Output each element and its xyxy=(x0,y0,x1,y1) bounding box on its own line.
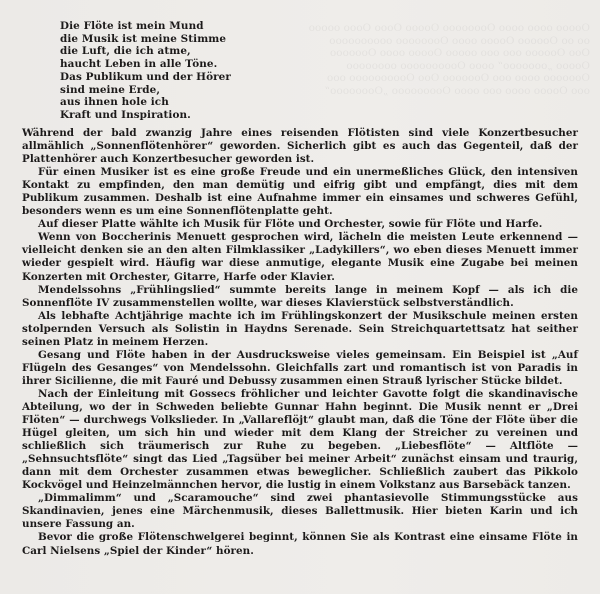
paragraph-haydn: Als lebhafte Achtjährige machte ich im F… xyxy=(22,310,578,349)
poem-line: aus ihnen hole ich xyxy=(60,96,231,109)
poem-line: Die Flöte ist mein Mund xyxy=(60,20,231,33)
scanned-page: Ooooo oooo oooo Oooooooo Ooooo Oooo Oooo… xyxy=(0,0,600,594)
paragraph-musician-joy: Für einen Musiker ist es eine große Freu… xyxy=(22,166,578,218)
poem-line: Kraft und Inspiration. xyxy=(60,109,231,122)
poem-line: sind meine Erde, xyxy=(60,84,231,97)
poem-line: Das Publikum und der Hörer xyxy=(60,71,231,84)
paragraph-mendelssohn-spring: Mendelssohns „Frühlingslied“ summte bere… xyxy=(22,284,578,310)
paragraph-record-choice: Auf dieser Platte wählte ich Musik für F… xyxy=(22,218,578,231)
poem-line: haucht Leben in alle Töne. xyxy=(60,58,231,71)
liner-notes-body: Während der bald zwanzig Jahre eines rei… xyxy=(22,127,578,558)
epigraph-poem: Die Flöte ist mein Mund die Musik ist me… xyxy=(60,20,231,122)
poem-line: die Musik ist meine Stimme xyxy=(60,33,231,46)
paragraph-scandinavian: Nach der Einleitung mit Gossecs fröhlich… xyxy=(22,388,578,492)
paragraph-intro: Während der bald zwanzig Jahre eines rei… xyxy=(22,127,578,166)
paragraph-boccherini: Wenn von Boccherinis Menuett gesprochen … xyxy=(22,231,578,283)
paragraph-song-and-flute: Gesang und Flöte haben in der Ausdrucksw… xyxy=(22,349,578,388)
reverse-side-bleed-through: Ooooo oooo oooo Oooooooo Ooooo Oooo Oooo… xyxy=(300,22,590,98)
poem-line: die Luft, die ich atme, xyxy=(60,45,231,58)
paragraph-nielsen: Bevor die große Flötenschwelgerei beginn… xyxy=(22,531,578,557)
paragraph-dimmalimm: „Dimmalimm“ und „Scaramouche“ sind zwei … xyxy=(22,492,578,531)
